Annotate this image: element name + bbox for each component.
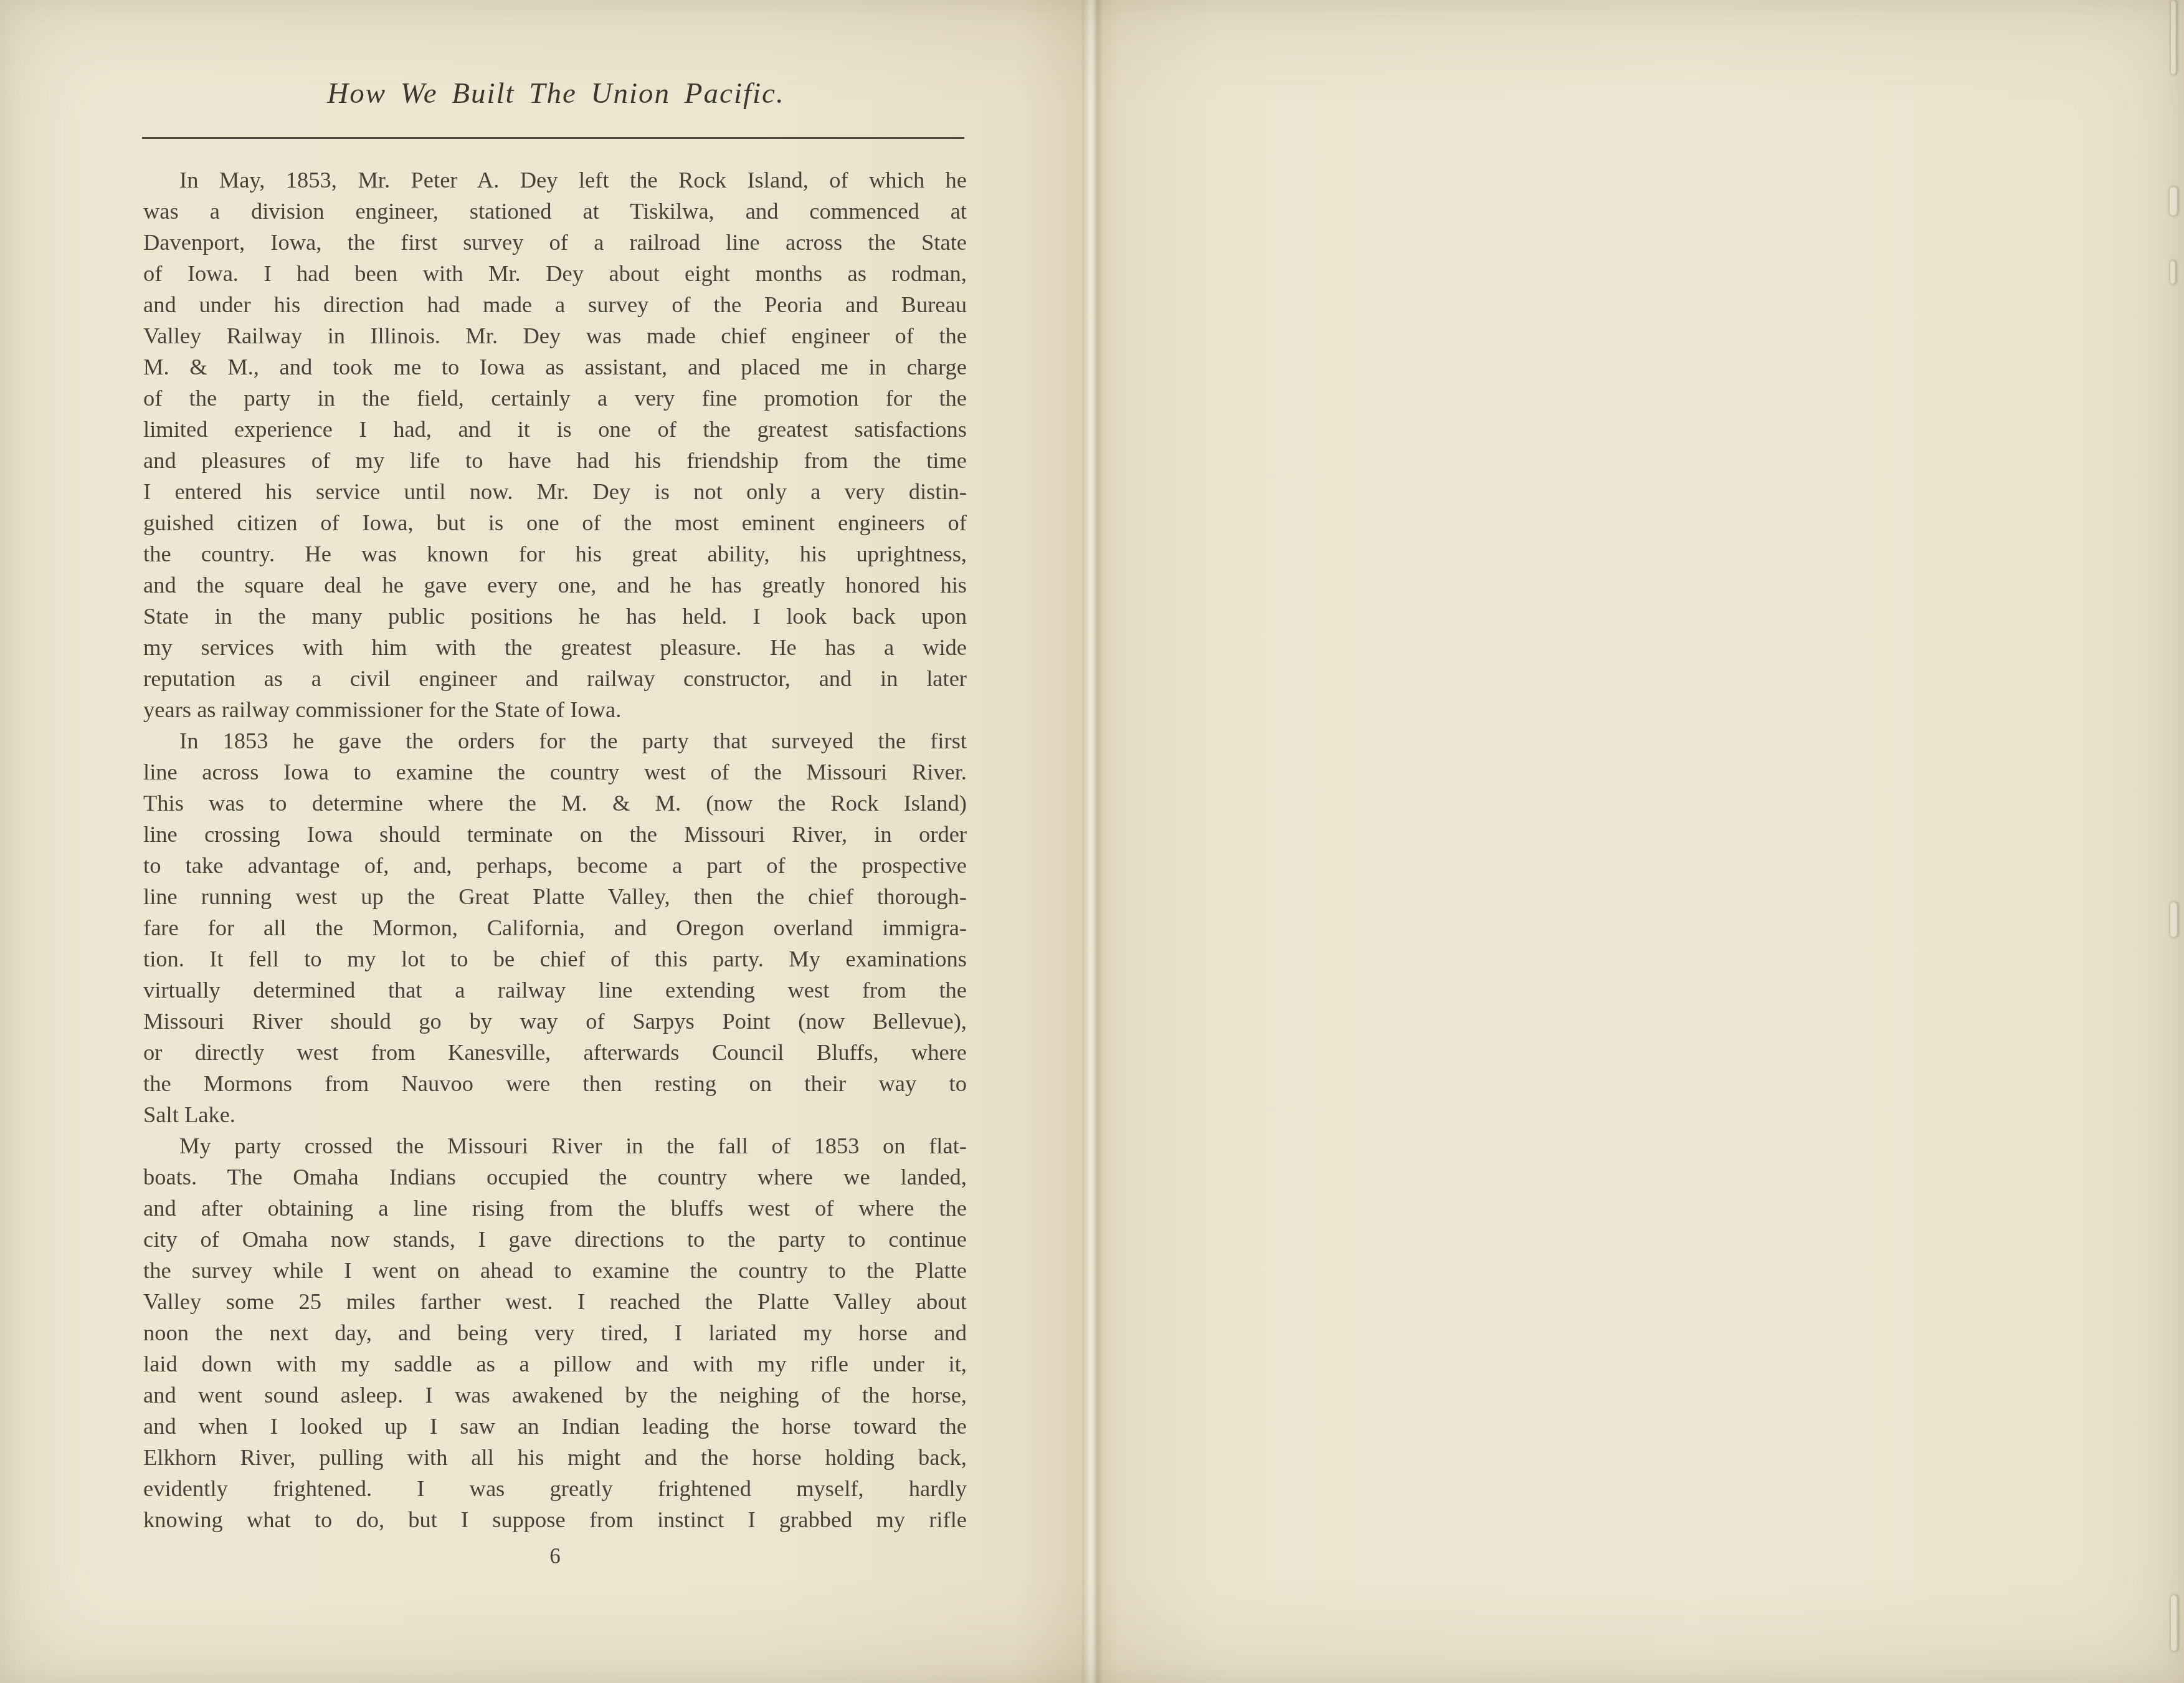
stitch-thread [2171, 1595, 2178, 1651]
header-rule-left [142, 137, 964, 139]
text-line: the survey while I went on ahead to exam… [143, 1255, 967, 1286]
text-line: limited experience I had, and it is one … [143, 414, 967, 445]
text-line: and went sound asleep. I was awakened by… [143, 1380, 967, 1411]
text-line: the country. He was known for his great … [143, 538, 967, 570]
text-line: M. & M., and took me to Iowa as assistan… [143, 351, 967, 383]
binding-gutter [1082, 0, 1102, 1683]
text-line: or directly west from Kanesville, afterw… [143, 1037, 967, 1068]
text-line: and the square deal he gave every one, a… [143, 570, 967, 601]
text-line: In May, 1853, Mr. Peter A. Dey left the … [143, 164, 967, 196]
text-line: Valley some 25 miles farther west. I rea… [143, 1286, 967, 1317]
text-line: In 1853 he gave the orders for the party… [143, 725, 967, 756]
text-line: years as railway commissioner for the St… [143, 694, 967, 725]
text-line: line across Iowa to examine the country … [143, 756, 967, 788]
stitch-thread [2170, 260, 2177, 284]
text-line: and after obtaining a line rising from t… [143, 1193, 967, 1224]
text-line: fare for all the Mormon, California, and… [143, 912, 967, 943]
page-number-left: 6 [143, 1544, 967, 1569]
stitch-thread [2170, 187, 2178, 216]
text-line: and under his direction had made a surve… [143, 289, 967, 320]
text-line: This was to determine where the M. & M. … [143, 788, 967, 819]
text-line: Valley Railway in Illinois. Mr. Dey was … [143, 320, 967, 351]
text-line: evidently frightened. I was greatly frig… [143, 1473, 967, 1504]
text-line: tion. It fell to my lot to be chief of t… [143, 943, 967, 975]
text-line: of the party in the field, certainly a v… [143, 383, 967, 414]
text-line: line running west up the Great Platte Va… [143, 881, 967, 912]
text-line: line crossing Iowa should terminate on t… [143, 819, 967, 850]
text-line: I entered his service until now. Mr. Dey… [143, 476, 967, 507]
text-line: Davenport, Iowa, the first survey of a r… [143, 227, 967, 258]
page-right: How We Built The Union Pacific. and star… [1092, 0, 2184, 1683]
stitch-thread [2170, 902, 2178, 937]
page-left: How We Built The Union Pacific. In May, … [0, 0, 1092, 1683]
text-line: and pleasures of my life to have had his… [143, 445, 967, 476]
text-line: the Mormons from Nauvoo were then restin… [143, 1068, 967, 1099]
text-line: Missouri River should go by way of Sarpy… [143, 1006, 967, 1037]
text-line: my services with him with the greatest p… [143, 632, 967, 663]
text-line: laid down with my saddle as a pillow and… [143, 1348, 967, 1380]
text-line: to take advantage of, and, perhaps, beco… [143, 850, 967, 881]
text-line: guished citizen of Iowa, but is one of t… [143, 507, 967, 538]
text-line: virtually determined that a railway line… [143, 975, 967, 1006]
text-line: State in the many public positions he ha… [143, 601, 967, 632]
text-line: Elkhorn River, pulling with all his migh… [143, 1442, 967, 1473]
text-line: city of Omaha now stands, I gave directi… [143, 1224, 967, 1255]
text-line: was a division engineer, stationed at Ti… [143, 196, 967, 227]
book-spread: How We Built The Union Pacific. In May, … [0, 0, 2184, 1683]
text-line: of Iowa. I had been with Mr. Dey about e… [143, 258, 967, 289]
stitch-thread [2171, 0, 2177, 75]
text-line: Salt Lake. [143, 1099, 967, 1130]
text-line: reputation as a civil engineer and railw… [143, 663, 967, 694]
text-line: knowing what to do, but I suppose from i… [143, 1504, 967, 1535]
text-line: My party crossed the Missouri River in t… [143, 1130, 967, 1161]
text-line: and when I looked up I saw an Indian lea… [143, 1411, 967, 1442]
running-header-left: How We Built The Union Pacific. [143, 75, 969, 112]
page-body-left: In May, 1853, Mr. Peter A. Dey left the … [143, 164, 967, 1535]
text-line: noon the next day, and being very tired,… [143, 1317, 967, 1348]
text-line: boats. The Omaha Indians occupied the co… [143, 1161, 967, 1193]
